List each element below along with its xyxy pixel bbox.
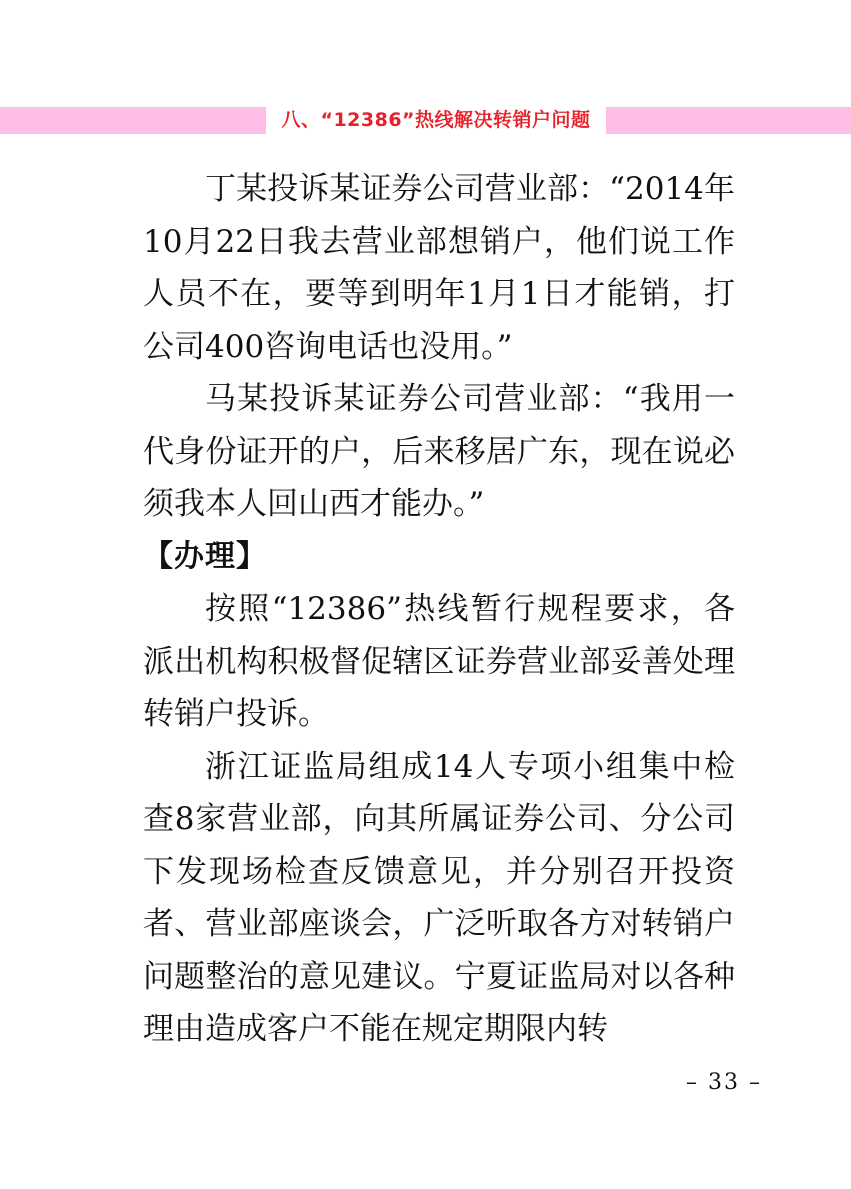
- complaint-paragraph-1: 丁某投诉某证券公司营业部：“2014年10月22日我去营业部想销户，他们说工作人…: [143, 163, 735, 373]
- handling-paragraph-1: 按照“12386”热线暂行规程要求，各派出机构积极督促辖区证券营业部妥善处理转销…: [143, 583, 735, 741]
- header-band-left-bar: [0, 107, 266, 134]
- header-band-right-bar: [606, 107, 851, 134]
- chapter-header-band: 八、“12386”热线解决转销户问题: [0, 107, 851, 134]
- section-heading-handling: 【办理】: [143, 531, 735, 584]
- chapter-title: 八、“12386”热线解决转销户问题: [266, 107, 606, 134]
- page-body: 丁某投诉某证券公司营业部：“2014年10月22日我去营业部想销户，他们说工作人…: [143, 163, 735, 1056]
- handling-paragraph-2: 浙江证监局组成14人专项小组集中检查8家营业部，向其所属证券公司、分公司下发现场…: [143, 741, 735, 1056]
- page-number: – 33 –: [686, 1070, 762, 1095]
- complaint-paragraph-2: 马某投诉某证券公司营业部：“我用一代身份证开的户，后来移居广东，现在说必须我本人…: [143, 373, 735, 531]
